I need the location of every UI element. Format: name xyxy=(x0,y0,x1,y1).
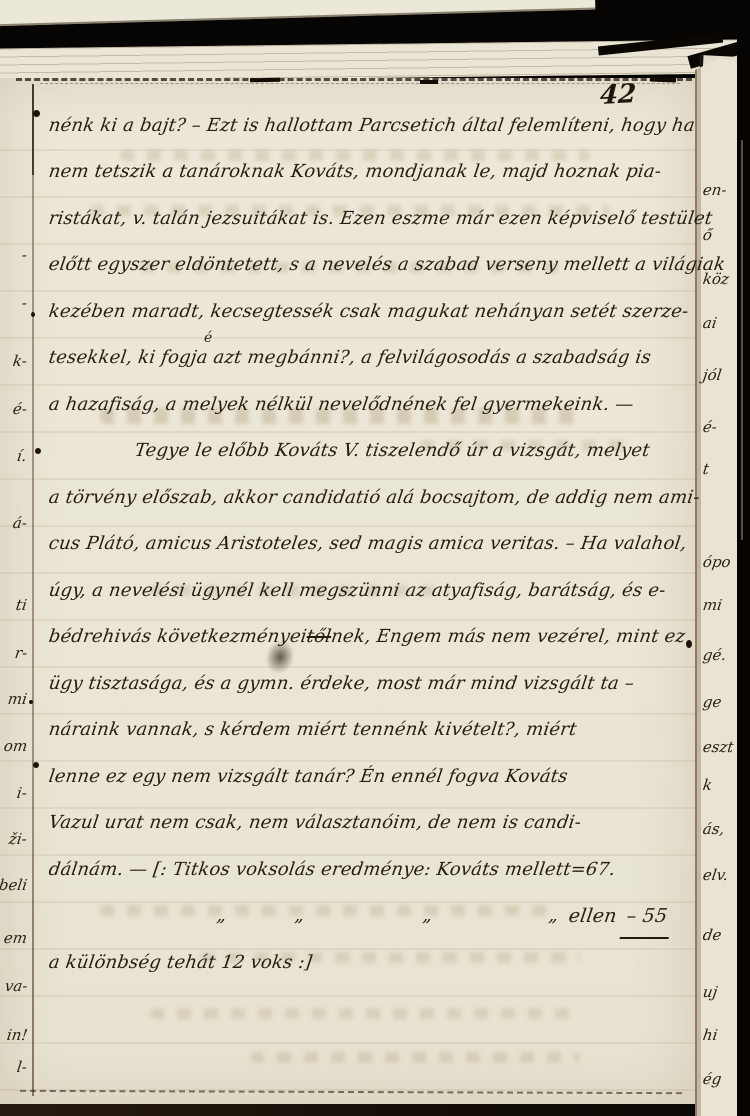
margin-fragment: gé. xyxy=(702,646,728,664)
margin-fragment: ópo xyxy=(702,553,732,571)
left-margin-fragments: --k-é-í.á-tir-miomi-ži-beliemva-in!l- xyxy=(0,0,30,1116)
margin-fragment: beli xyxy=(0,876,28,894)
margin-fragment: va- xyxy=(3,977,28,995)
margin-fragment: í. xyxy=(16,447,28,465)
margin-fragment: ás, xyxy=(702,820,726,838)
manuscript-line: ügy tisztasága, és a gymn. érdeke, most … xyxy=(46,664,637,704)
manuscript-line: ristákat, v. talán jezsuitákat is. Ezen … xyxy=(46,199,715,239)
margin-fragment: hi xyxy=(702,1026,719,1044)
ditto-mark: „ xyxy=(292,896,307,936)
margin-fragment: é- xyxy=(702,418,718,436)
margin-fragment: ti xyxy=(15,596,28,614)
margin-fragment: ge xyxy=(702,693,723,711)
manuscript-line: nem tetszik a tanároknak Kováts, mondjan… xyxy=(46,152,664,192)
vote-against-value: – 55 xyxy=(620,896,675,939)
ditto-mark: „ xyxy=(546,896,561,936)
margin-fragment: köz xyxy=(702,270,731,288)
margin-fragment: om xyxy=(2,737,28,755)
margin-fragment: r- xyxy=(13,644,28,662)
margin-fragment: - xyxy=(21,294,29,312)
ditto-mark: „ xyxy=(214,896,229,936)
page-number: 42 xyxy=(599,79,637,111)
struck-word: től xyxy=(305,626,332,647)
margin-fragment: - xyxy=(21,246,29,264)
margin-fragment: ő xyxy=(702,226,714,244)
manuscript-line: kezében maradt, kecsegtessék csak maguka… xyxy=(46,292,691,332)
margin-fragment: jól xyxy=(702,366,723,384)
margin-fragment: k xyxy=(702,776,714,794)
margin-fragment: elv. xyxy=(702,866,730,884)
margin-fragment: ég xyxy=(702,1070,723,1088)
vote-against-label: ellen xyxy=(566,896,620,936)
manuscript-line: bédrehivás következményeitőlnek, Engem m… xyxy=(46,617,688,657)
margin-fragment: en- xyxy=(702,181,728,199)
manuscript-scan: 42 nénk ki a bajt? – Ezt is hallottam Pa… xyxy=(0,0,750,1116)
line12-post: nek, Engem más nem vezérel, mint ez xyxy=(330,626,687,647)
manuscript-line: a törvény előszab, akkor candidatió alá … xyxy=(46,478,702,518)
manuscript-text-layer: 42 nénk ki a bajt? – Ezt is hallottam Pa… xyxy=(0,0,750,1116)
margin-fragment: á- xyxy=(12,514,29,532)
margin-fragment: k- xyxy=(12,352,28,370)
ditto-mark: „ xyxy=(420,896,435,936)
scan-background-edge xyxy=(737,0,750,1116)
margin-fragment: de xyxy=(702,926,723,944)
margin-fragment: l- xyxy=(16,1058,28,1076)
line12-pre: bédrehivás következményei xyxy=(47,626,308,647)
margin-fragment: ai xyxy=(702,314,718,332)
manuscript-line: a hazafiság, a melyek nélkül nevelődnéne… xyxy=(46,385,636,425)
manuscript-line: úgy, a nevelési ügynél kell megszünni az… xyxy=(46,571,668,611)
margin-fragment: uj xyxy=(702,983,719,1001)
manuscript-line: cus Plátó, amicus Aristoteles, sed magis… xyxy=(46,524,689,564)
margin-fragment: mi xyxy=(7,690,29,708)
manuscript-line: Vazul urat nem csak, nem választanóim, d… xyxy=(46,803,584,843)
margin-fragment: in! xyxy=(5,1026,28,1044)
margin-fragment: em xyxy=(3,929,29,947)
margin-fragment: eszt xyxy=(702,738,735,756)
manuscript-line: tesekkel, ki fogja azt megbánni?, a felv… xyxy=(46,338,654,378)
manuscript-line: előtt egyszer eldöntetett, s a nevelés a… xyxy=(46,245,728,285)
margin-fragment: t xyxy=(702,460,711,478)
margin-fragment: i- xyxy=(16,784,28,802)
vote-ditto-line: „ „ „ „ ellen – 55 xyxy=(46,896,692,936)
right-margin-fragments: en-őközaijólé-tópomigé.geesztkás,elv.deu… xyxy=(699,0,737,1116)
margin-fragment: ži- xyxy=(8,830,28,848)
manuscript-line: náraink vannak, s kérdem miért tennénk k… xyxy=(46,710,579,750)
vote-difference-line: a különbség tehát 12 voks :] xyxy=(46,943,315,983)
manuscript-line: lenne ez egy nem vizsgált tanár? Én enné… xyxy=(46,757,570,797)
manuscript-line: Tegye le előbb Kováts V. tiszelendő úr a… xyxy=(46,431,652,471)
margin-fragment: é- xyxy=(12,400,28,418)
manuscript-line: nénk ki a bajt? – Ezt is hallottam Parcs… xyxy=(46,106,698,146)
margin-fragment: mi xyxy=(702,596,724,614)
manuscript-line: dálnám. — [: Titkos voksolás eredménye: … xyxy=(46,850,618,890)
